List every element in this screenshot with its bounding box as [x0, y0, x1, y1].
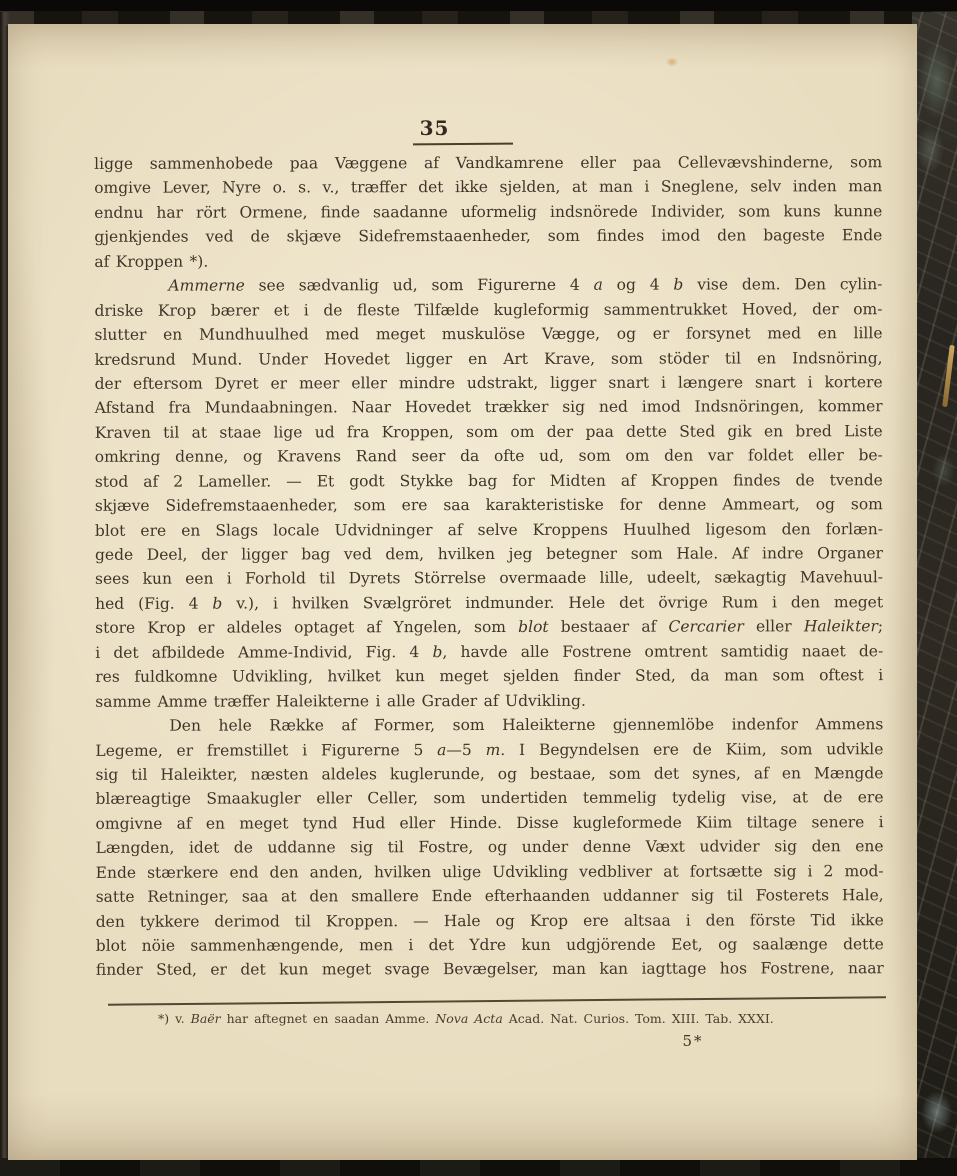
text-segment: den tykkere derimod til Kroppen. — Hale … [96, 911, 884, 931]
text-line: gede Deel, der ligger bag ved dem, hvilk… [95, 541, 883, 567]
text-segment: slutter en Mundhuulhed med meget muskulö… [94, 324, 882, 344]
text-line: Ende stærkere end den anden, hvilken uli… [96, 859, 884, 885]
book-page: 35 ligge sammenhobede paa Væggene af Van… [8, 24, 917, 1160]
text-segment: Afstand fra Mundaabningen. Naar Hovedet … [95, 398, 883, 418]
italic-text-segment: m [486, 740, 501, 758]
scanned-book-page: { "page": { "number": "35", "signature":… [0, 0, 957, 1176]
text-segment: af Kroppen *). [94, 252, 208, 270]
text-segment: sig til Haleikter, næsten aldeles kugler… [95, 764, 883, 784]
text-segment: i det afbildede Amme-Individ, Fig. 4 [95, 643, 432, 662]
text-segment: sees kun een i Forhold til Dyrets Större… [95, 569, 883, 589]
text-line: store Krop er aldeles optaget af Yngelen… [95, 614, 883, 640]
text-line: den tykkere derimod til Kroppen. — Hale … [96, 908, 884, 934]
text-line: stod af 2 Lameller. — Et godt Stykke bag… [95, 468, 883, 494]
italic-text-segment: b [212, 594, 222, 612]
text-line: Legeme, er fremstillet i Figurerne 5 a—5… [95, 737, 883, 763]
text-line: sees kun een i Forhold til Dyrets Större… [95, 566, 883, 592]
text-segment: gjenkjendes ved de skjæve Sidefremstaaen… [94, 226, 882, 246]
text-segment: blæreagtige Smaakugler eller Celler, som… [95, 789, 883, 809]
text-line: slutter en Mundhuulhed med meget muskulö… [94, 321, 882, 347]
footnote: *) v. Baër har aftegnet en saadan Amme. … [158, 1010, 798, 1027]
italic-text-segment: Nova Acta [435, 1011, 502, 1026]
text-line: Afstand fra Mundaabningen. Naar Hovedet … [95, 395, 883, 421]
text-line: af Kroppen *). [94, 248, 882, 274]
text-line: sig til Haleikter, næsten aldeles kugler… [95, 761, 883, 787]
text-line: ligge sammenhobede paa Væggene af Vandka… [94, 150, 882, 176]
text-line: hed (Fig. 4 b v.), i hvilken Svælgröret … [95, 590, 883, 616]
text-segment: samme Amme træffer Haleikterne i alle Gr… [95, 691, 586, 710]
text-segment: ; [878, 617, 883, 635]
text-line: der eftersom Dyret er meer eller mindre … [95, 370, 883, 396]
text-segment: hed (Fig. 4 [95, 594, 212, 612]
text-line: omgive Lever, Nyre o. s. v., træffer det… [94, 175, 882, 201]
text-segment: , havde alle Fostrene omtrent samtidig n… [442, 642, 883, 661]
italic-text-segment: b [673, 276, 683, 294]
text-segment: . I Begyndelsen ere de Kiim, som udvikle [500, 740, 883, 759]
text-line: blot nöie sammenhængende, men i det Ydre… [96, 932, 884, 958]
italic-text-segment: Cercarier [668, 618, 743, 636]
text-line: res fuldkomne Udvikling, hvilket kun meg… [95, 663, 883, 689]
text-line: blæreagtige Smaakugler eller Celler, som… [95, 786, 883, 812]
text-segment: omkring denne, og Kravens Rand seer da o… [95, 446, 883, 466]
text-segment: har aftegnet en saadan Amme. [221, 1011, 436, 1026]
text-segment: og 4 [603, 276, 674, 294]
page-number-rule [413, 143, 513, 146]
text-segment: eller [744, 618, 804, 636]
text-segment: Kraven til at staae lige ud fra Kroppen,… [95, 422, 883, 442]
italic-text-segment: a [437, 741, 446, 759]
text-segment: skjæve Sidefremstaaenheder, som ere saa … [95, 495, 883, 515]
text-segment: Legeme, er fremstillet i Figurerne 5 [95, 741, 437, 760]
text-segment: *) v. [158, 1011, 191, 1026]
text-line: finder Sted, er det kun meget svage Bevæ… [96, 957, 884, 983]
text-segment: ligge sammenhobede paa Væggene af Vandka… [94, 153, 882, 173]
text-segment: Længden, idet de uddanne sig til Fostre,… [96, 837, 884, 857]
text-line: kredsrund Mund. Under Hovedet ligger en … [95, 346, 883, 372]
text-segment: Ende stærkere end den anden, hvilken uli… [96, 862, 884, 882]
text-segment: endnu har rört Ormene, finde saadanne uf… [94, 202, 882, 222]
body-text: ligge sammenhobede paa Væggene af Vandka… [94, 150, 884, 983]
text-segment: gede Deel, der ligger bag ved dem, hvilk… [95, 544, 883, 564]
text-line: gjenkjendes ved de skjæve Sidefremstaaen… [94, 223, 882, 249]
text-segment: omgive Lever, Nyre o. s. v., træffer det… [94, 178, 882, 198]
text-segment: Den hele Række af Former, som Haleiktern… [169, 715, 883, 734]
text-segment: Acad. Nat. Curios. Tom. XIII. Tab. XXXI. [503, 1011, 774, 1026]
page-number-container: 35 [8, 116, 917, 140]
text-segment: res fuldkomne Udvikling, hvilket kun meg… [95, 666, 883, 686]
italic-text-segment: Haleikter [804, 617, 878, 635]
text-line: i det afbildede Amme-Individ, Fig. 4 b, … [95, 639, 883, 665]
text-segment: bestaaer af [549, 618, 669, 636]
text-segment: satte Retninger, saa at den smallere End… [96, 886, 884, 906]
text-line: Længden, idet de uddanne sig til Fostre,… [96, 834, 884, 860]
text-line: Kraven til at staae lige ud fra Kroppen,… [95, 419, 883, 445]
text-segment: vise dem. Den cylin- [683, 275, 882, 293]
text-segment: finder Sted, er det kun meget svage Bevæ… [96, 960, 884, 980]
text-segment: driske Krop bærer et i de fleste Tilfæld… [94, 300, 882, 320]
scan-bottom-border [0, 1158, 957, 1176]
marbled-book-edge [912, 12, 957, 1158]
page-number: 35 [420, 116, 450, 140]
italic-text-segment: blot [518, 618, 548, 636]
text-segment: v.), i hvilken Svælgröret indmunder. Hel… [222, 593, 883, 612]
text-line: omkring denne, og Kravens Rand seer da o… [95, 443, 883, 469]
text-segment: omgivne af en meget tynd Hud eller Hinde… [96, 813, 884, 833]
text-line: samme Amme træffer Haleikterne i alle Gr… [95, 688, 883, 714]
text-line: Ammerne see sædvanlig ud, som Figurerne … [94, 272, 882, 298]
text-segment: kredsrund Mund. Under Hovedet ligger en … [95, 349, 883, 369]
text-segment: blot nöie sammenhængende, men i det Ydre… [96, 935, 884, 955]
text-segment: store Krop er aldeles optaget af Yngelen… [95, 618, 518, 637]
text-line: omgivne af en meget tynd Hud eller Hinde… [96, 810, 884, 836]
text-segment: der eftersom Dyret er meer eller mindre … [95, 373, 883, 393]
italic-text-segment: b [432, 643, 442, 661]
text-line: Den hele Række af Former, som Haleiktern… [95, 712, 883, 738]
text-segment: blot ere en Slags locale Udvidninger af … [95, 520, 883, 540]
text-segment: see sædvanlig ud, som Figurerne 4 [245, 276, 594, 295]
text-line: endnu har rört Ormene, finde saadanne uf… [94, 199, 882, 225]
sheet-signature: 5* [658, 1032, 728, 1050]
text-segment: —5 [446, 741, 485, 759]
text-line: satte Retninger, saa at den smallere End… [96, 883, 884, 909]
text-line: skjæve Sidefremstaaenheder, som ere saa … [95, 492, 883, 518]
italic-text-segment: Baër [191, 1011, 221, 1026]
text-segment: stod af 2 Lameller. — Et godt Stykke bag… [95, 471, 883, 491]
footnote-rule [108, 996, 886, 1005]
italic-text-segment: Ammerne [168, 277, 244, 295]
text-line: driske Krop bærer et i de fleste Tilfæld… [94, 297, 882, 323]
text-line: blot ere en Slags locale Udvidninger af … [95, 517, 883, 543]
